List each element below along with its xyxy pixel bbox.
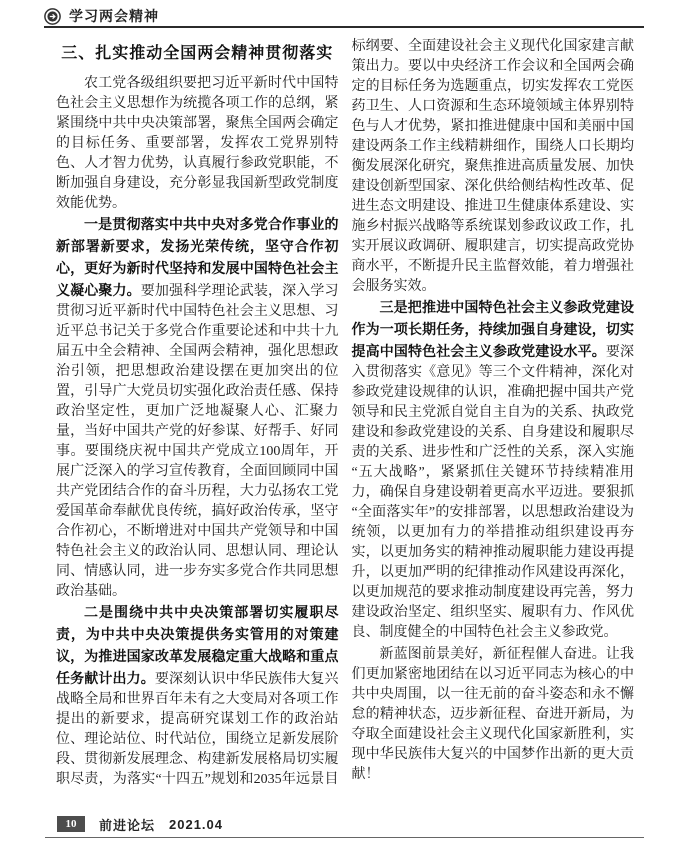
page-number-badge: 10 [57,816,85,832]
signature-date: 2021 年 3 月 25 日 [647,62,684,87]
paragraph-4-lead: 三是把推进中国特色社会主义参政党建设作为一项长期任务，持续加强自身建设，切实提高… [352,299,635,359]
circled-arrow-icon [44,8,61,25]
page-header: 学习两会精神 [44,6,159,26]
paragraph-2: 一是贯彻落实中共中央对多党合作事业的新部署新要求，发扬光荣传统，坚守合作初心，更… [56,214,339,602]
signature-author: 中国农工民主党中央委员会 [647,37,684,62]
signature-block: 中国农工民主党中央委员会 2021 年 3 月 25 日 [647,37,684,87]
paragraph-4: 三是把推进中国特色社会主义参政党建设作为一项长期任务，持续加强自身建设，切实提高… [352,297,635,643]
article-section-title: 三、扎实推动全国两会精神贯彻落实 [56,40,339,63]
journal-issue: 2021.04 [169,817,223,832]
footer-row: 10 前进论坛 2021.04 [45,815,644,833]
journal-name: 前进论坛 [99,815,155,834]
paragraph-5: 新蓝图前景美好，新征程催人奋进。让我们更加紧密地团结在以习近平同志为核心的中共中… [352,643,635,785]
paragraph-1-text: 农工党各级组织要把习近平新时代中国特色社会主义思想作为统揽各项工作的总纲，紧紧围… [56,76,339,211]
footer-rule [45,837,644,838]
article-body: 三、扎实推动全国两会精神贯彻落实 农工党各级组织要把习近平新时代中国特色社会主义… [56,37,634,793]
header-rule [44,26,644,28]
section-label: 学习两会精神 [69,6,159,26]
paragraph-4-text: 要深入贯彻落实《意见》等三个文件精神，深化对参政党建设规律的认识，准确把握中国共… [352,345,635,640]
paragraph-2-text: 要加强科学理论武装，深入学习贯彻习近平新时代中国特色社会主义思想、习近平总书记关… [56,284,339,599]
paragraph-1: 农工党各级组织要把习近平新时代中国特色社会主义思想作为统揽各项工作的总纲，紧紧围… [56,72,339,214]
paragraph-5-text: 新蓝图前景美好，新征程催人奋进。让我们更加紧密地团结在以习近平同志为核心的中共中… [352,647,635,782]
magazine-page: 学习两会精神 三、扎实推动全国两会精神贯彻落实 农工党各级组织要把习近平新时代中… [0,0,684,851]
page-footer: 10 前进论坛 2021.04 [45,815,644,838]
